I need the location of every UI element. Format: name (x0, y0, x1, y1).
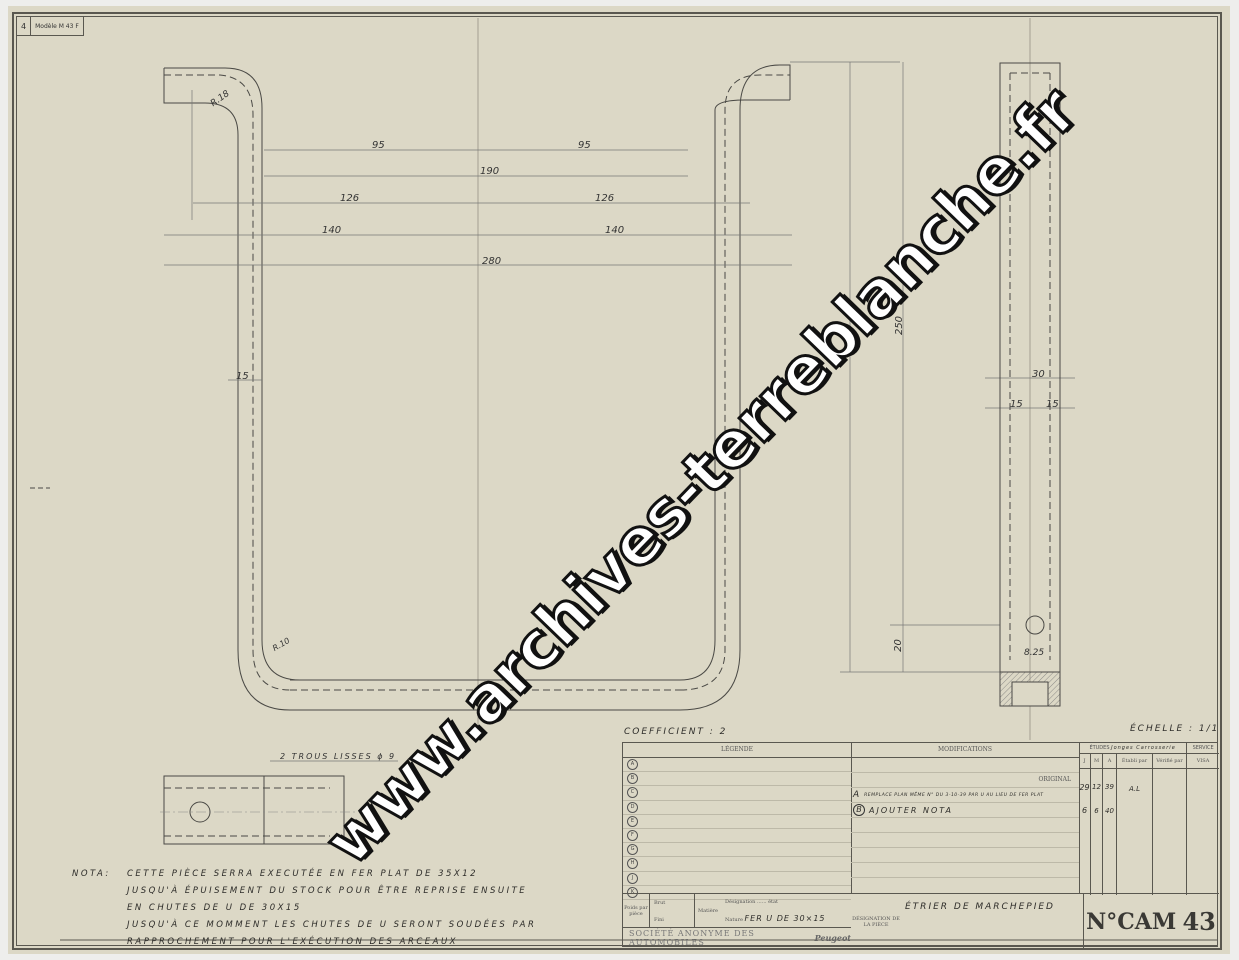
dim-15: 15 (236, 371, 249, 382)
mod-a-label: REMPLACE PLAN MÊME N° DU 3-10-39 PAR U A… (864, 793, 1043, 798)
matiere-label: Matière (695, 894, 721, 928)
mod-original: ORIGINAL (851, 773, 1079, 788)
dim-95-left: 95 (372, 140, 385, 151)
brut-label: Brut (654, 900, 694, 906)
dim-140-right: 140 (605, 225, 624, 236)
dim-95-right: 95 (578, 140, 591, 151)
dim-126-right: 126 (595, 193, 614, 204)
poids-matiere-section: Poids par pièce Brut Fini Matière Désign… (623, 893, 851, 928)
legend-row: B (623, 772, 851, 786)
b-day: 6 (1082, 806, 1087, 815)
legend-row: J (623, 872, 851, 886)
legend-row: E (623, 815, 851, 829)
legend-row: G (623, 843, 851, 857)
legend-row: A (623, 758, 851, 772)
etat-label: état (768, 899, 778, 905)
echelle: ÉCHELLE : 1/1 (1130, 724, 1219, 734)
nota-line: CETTE PIÈCE SERRA EXECUTÉE EN FER PLAT D… (127, 869, 478, 879)
orig-day: 29 (1079, 783, 1089, 792)
col-verifie: Vérifié par (1153, 754, 1187, 768)
col-visa: VISA (1187, 754, 1219, 768)
part-prefix: N°CAM (1086, 909, 1176, 935)
nature-value: FER U DE 30×15 (745, 914, 826, 923)
legend-section: LÉGENDE A B C D E F G H J K (623, 743, 852, 893)
service-header: SERVICE (1187, 743, 1219, 753)
title-block: LÉGENDE A B C D E F G H J K MODIFICATION… (622, 742, 1218, 947)
mod-mark-b: B (853, 804, 865, 816)
nota-label: NOTA: (72, 866, 127, 883)
legend-row: F (623, 829, 851, 843)
legend-header: LÉGENDE (623, 743, 851, 758)
part-number-section: N°CAM 43 (1083, 893, 1219, 949)
societe-text: SOCIÉTÉ ANONYME DES AUTOMOBILES (629, 929, 807, 947)
mod-mark-a: A (853, 790, 861, 800)
col-m: M (1091, 754, 1103, 768)
col-j: J (1079, 754, 1091, 768)
dim-280: 280 (482, 256, 501, 267)
nota-block: NOTA:CETTE PIÈCE SERRA EXECUTÉE EN FER P… (72, 866, 536, 951)
designation-label: Désignation (725, 899, 755, 905)
etudes-header: ÉTUDES (1089, 745, 1109, 751)
part-number: 43 (1182, 907, 1215, 936)
col-etabli: Établi par (1117, 754, 1153, 768)
dim-15-right: 15 (1046, 399, 1059, 410)
dim-20: 20 (893, 639, 904, 652)
modifications-header: MODIFICATIONS (851, 743, 1079, 758)
designation-piece-label: DÉSIGNATION DE LA PIÈCE (851, 894, 901, 949)
b-year: 40 (1105, 807, 1114, 815)
b-month: 6 (1094, 807, 1098, 815)
nota-line: EN CHUTES DE U DE 30X15 (72, 900, 536, 917)
etudes-handwritten: Jonges Carrosserie (1111, 745, 1176, 751)
dim-hole-diameter: 8.25 (1024, 648, 1044, 658)
designation-piece-value: ÉTRIER DE MARCHEPIED (905, 902, 1055, 912)
company-line: SOCIÉTÉ ANONYME DES AUTOMOBILES Peugeot (623, 927, 851, 948)
dim-190: 190 (480, 166, 499, 177)
peugeot-logo: Peugeot (815, 933, 851, 943)
orig-year: 39 (1105, 783, 1114, 791)
nota-line: JUSQU'À CE MOMMENT LES CHUTES DE U SERON… (72, 917, 536, 934)
coefficient: COEFFICIENT : 2 (624, 727, 727, 737)
orig-etabli: A.L (1129, 785, 1140, 793)
etudes-section: ÉTUDES Jonges Carrosserie SERVICE J M A … (1079, 743, 1219, 893)
legend-row: D (623, 801, 851, 815)
mod-b-label: AJOUTER NOTA (869, 806, 953, 815)
fini-label: Fini (654, 917, 694, 923)
dim-15-left: 15 (1010, 399, 1023, 410)
orig-month: 12 (1092, 783, 1101, 791)
poids-label: Poids par pièce (623, 894, 650, 928)
designation-section: DÉSIGNATION DE LA PIÈCE ÉTRIER DE MARCHE… (851, 893, 1084, 949)
dim-140-left: 140 (322, 225, 341, 236)
legend-row: H (623, 857, 851, 871)
nature-label: Nature (725, 917, 743, 923)
col-a: A (1103, 754, 1117, 768)
modifications-section: MODIFICATIONS ORIGINAL A REMPLACE PLAN M… (851, 743, 1080, 893)
legend-row: C (623, 786, 851, 800)
dim-30: 30 (1032, 369, 1045, 380)
nota-line: RAPPROCHEMENT POUR L'EXÉCUTION DES ARCEA… (72, 934, 536, 951)
nota-line: JUSQU'À ÉPUISEMENT DU STOCK POUR ÊTRE RE… (72, 883, 536, 900)
dim-126-left: 126 (340, 193, 359, 204)
